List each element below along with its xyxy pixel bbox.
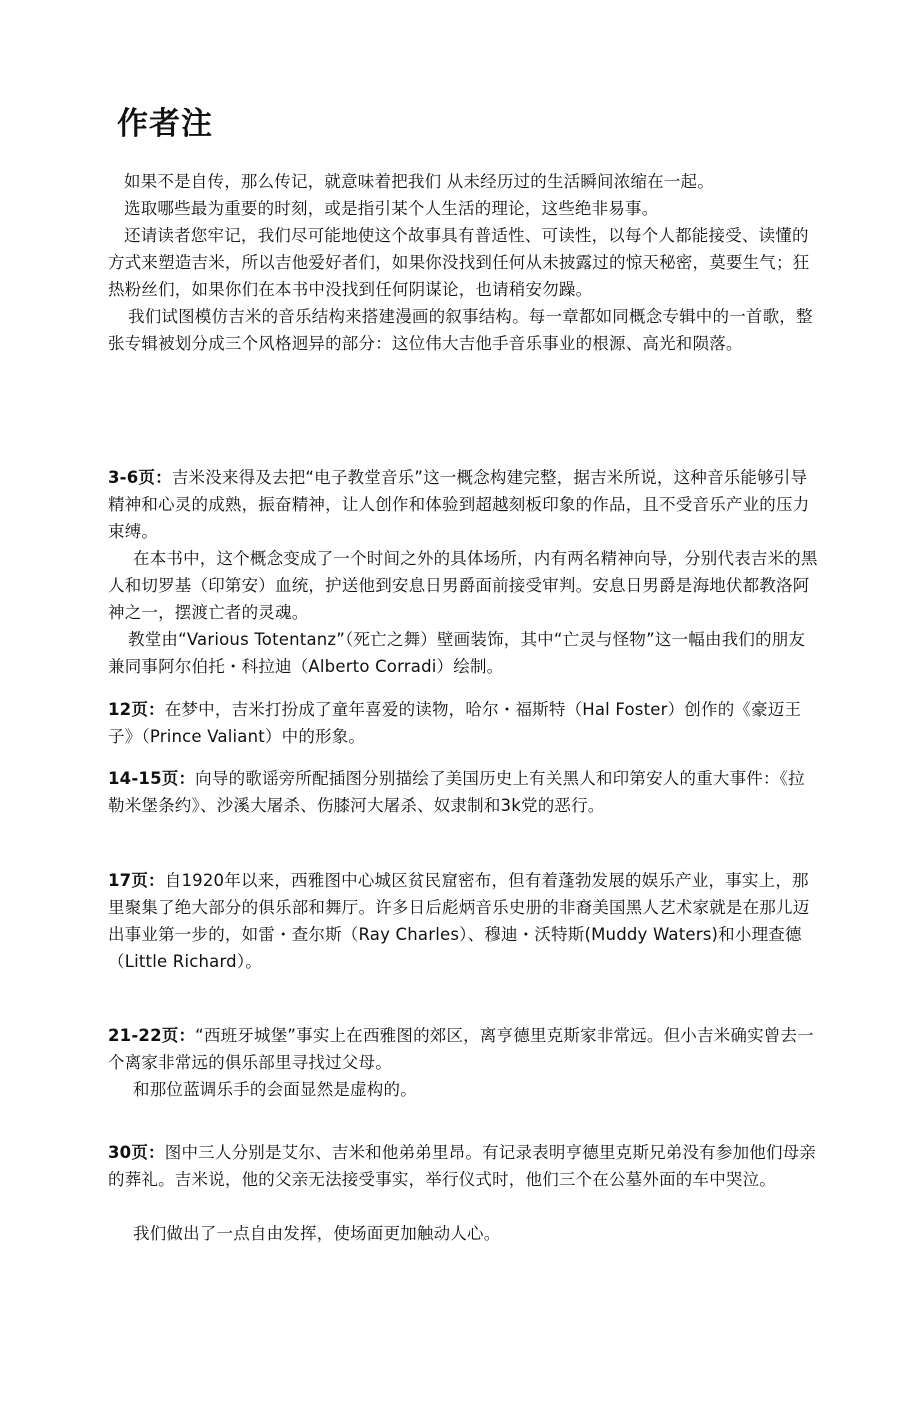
note-text: “西班牙城堡”事实上在西雅图的郊区，离亨德里克斯家非常远。但小吉米确实曾去一个离… bbox=[108, 1026, 814, 1072]
note-label: 17页： bbox=[108, 871, 165, 890]
page-title: 作者注 bbox=[117, 98, 213, 143]
note-label: 3-6页： bbox=[108, 468, 172, 487]
note-text: 在梦中，吉米打扮成了童年喜爱的读物，哈尔・福斯特（Hal Foster）创作的《… bbox=[108, 700, 801, 746]
intro-paragraph-1: 如果不是自传，那么传记，就意味着把我们 从未经历过的生活瞬间浓缩在一起。 bbox=[108, 168, 820, 195]
intro-paragraph-3: 还请读者您牢记，我们尽可能地使这个故事具有普适性、可读性，以每个人都能接受、读懂… bbox=[108, 222, 820, 303]
intro-paragraph-2: 选取哪些最为重要的时刻，或是指引某个人生活的理论，这些绝非易事。 bbox=[108, 195, 820, 222]
note-pages-21-22-extra-1: 和那位蓝调乐手的会面显然是虚构的。 bbox=[108, 1076, 820, 1103]
note-page-30: 30页：图中三人分别是艾尔、吉米和他弟弟里昂。有记录表明亨德里克斯兄弟没有参加他… bbox=[108, 1139, 820, 1193]
note-text: 图中三人分别是艾尔、吉米和他弟弟里昂。有记录表明亨德里克斯兄弟没有参加他们母亲的… bbox=[108, 1143, 816, 1189]
note-text: 吉米没来得及去把“电子教堂音乐”这一概念构建完整，据吉米所说，这种音乐能够引导精… bbox=[108, 468, 809, 541]
note-pages-14-15: 14-15页：向导的歌谣旁所配插图分别描绘了美国历史上有关黑人和印第安人的重大事… bbox=[108, 765, 820, 819]
note-pages-3-6: 3-6页：吉米没来得及去把“电子教堂音乐”这一概念构建完整，据吉米所说，这种音乐… bbox=[108, 464, 820, 545]
note-page-12: 12页：在梦中，吉米打扮成了童年喜爱的读物，哈尔・福斯特（Hal Foster）… bbox=[108, 696, 820, 750]
note-text: 自1920年以来，西雅图中心城区贫民窟密布，但有着蓬勃发展的娱乐产业，事实上，那… bbox=[108, 871, 809, 971]
note-page-30-extra-1: 我们做出了一点自由发挥，使场面更加触动人心。 bbox=[108, 1220, 820, 1247]
note-label: 12页： bbox=[108, 700, 165, 719]
note-label: 30页： bbox=[108, 1143, 165, 1162]
note-page-17: 17页：自1920年以来，西雅图中心城区贫民窟密布，但有着蓬勃发展的娱乐产业，事… bbox=[108, 867, 820, 975]
note-pages-3-6-extra-1: 在本书中，这个概念变成了一个时间之外的具体场所，内有两名精神向导，分别代表吉米的… bbox=[108, 545, 820, 626]
note-text: 向导的歌谣旁所配插图分别描绘了美国历史上有关黑人和印第安人的重大事件：《拉勒米堡… bbox=[108, 769, 805, 815]
intro-paragraph-4: 我们试图模仿吉米的音乐结构来搭建漫画的叙事结构。每一章都如同概念专辑中的一首歌，… bbox=[108, 303, 820, 357]
note-label: 14-15页： bbox=[108, 769, 195, 788]
note-pages-3-6-extra-2: 教堂由“Various Totentanz”（死亡之舞）壁画装饰，其中“亡灵与怪… bbox=[108, 626, 820, 680]
note-pages-21-22: 21-22页：“西班牙城堡”事实上在西雅图的郊区，离亨德里克斯家非常远。但小吉米… bbox=[108, 1022, 820, 1076]
note-label: 21-22页： bbox=[108, 1026, 195, 1045]
